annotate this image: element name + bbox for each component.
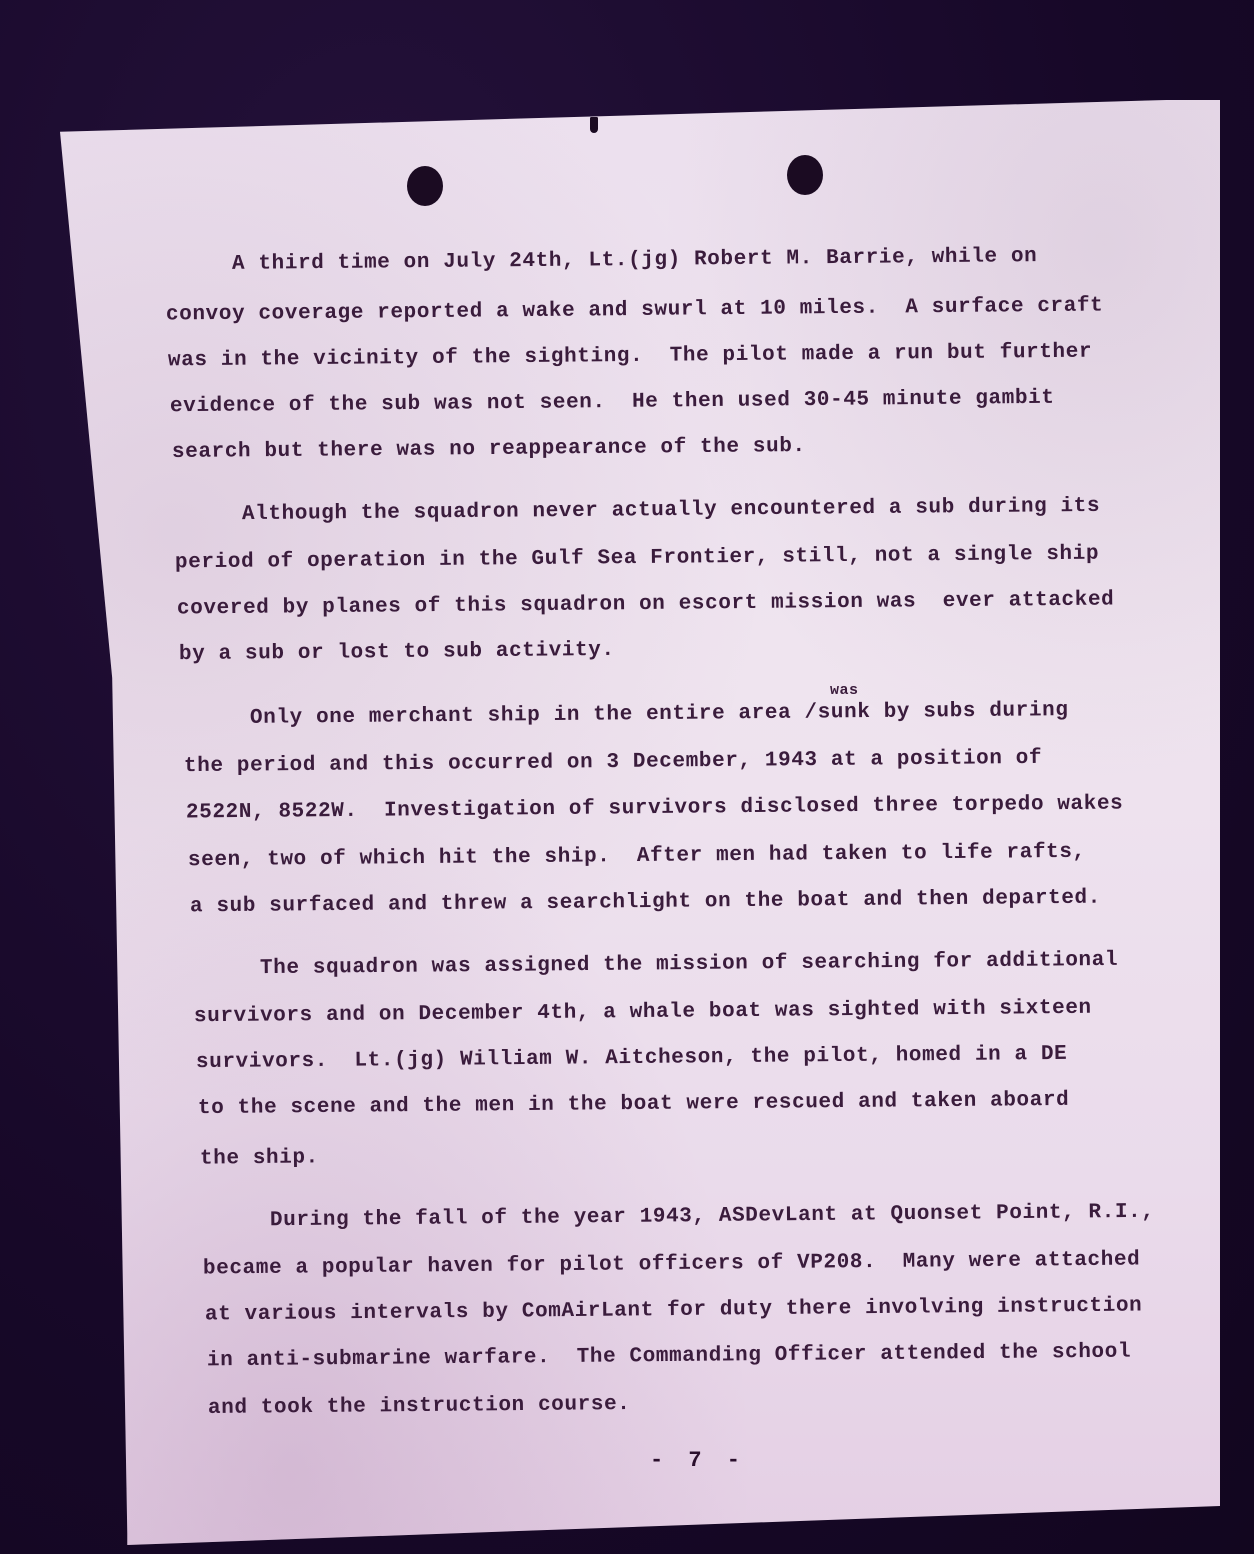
paragraph-4-line-1: The squadron was assigned the mission of… (260, 938, 1119, 992)
paragraph-3-line-2: the period and this occurred on 3 Decemb… (184, 736, 1043, 790)
paragraph-3-line-1: Only one merchant ship in the entire are… (250, 688, 1069, 742)
paragraph-1-line-4: evidence of the sub was not seen. He the… (170, 376, 1055, 430)
paragraph-2-line-1: Although the squadron never actually enc… (242, 484, 1101, 538)
paragraph-4-line-5: the ship. (200, 1135, 319, 1182)
paragraph-4-line-4: to the scene and the men in the boat wer… (198, 1078, 1070, 1132)
punch-hole-right (787, 155, 823, 195)
paragraph-5-line-1: During the fall of the year 1943, ASDevL… (270, 1190, 1155, 1244)
paragraph-3-line-5: a sub surfaced and threw a searchlight o… (190, 876, 1101, 931)
paragraph-4-line-3: survivors. Lt.(jg) William W. Aitcheson,… (196, 1032, 1068, 1086)
paper-notch (590, 117, 598, 133)
paragraph-1-line-5: search but there was no reappearance of … (172, 424, 806, 476)
paragraph-5-line-5: and took the instruction course. (208, 1382, 631, 1432)
paragraph-1-line-1: A third time on July 24th, Lt.(jg) Rober… (232, 234, 1038, 288)
paragraph-2-line-4: by a sub or lost to sub activity. (179, 628, 615, 678)
punch-hole-left (407, 166, 443, 206)
paragraph-3-line-3: 2522N, 8522W. Investigation of survivors… (186, 782, 1124, 837)
page-number: - 7 - (650, 1448, 746, 1473)
paragraph-2-line-3: covered by planes of this squadron on es… (177, 578, 1115, 633)
paragraph-5-line-4: in anti-submarine warfare. The Commandin… (207, 1330, 1132, 1385)
